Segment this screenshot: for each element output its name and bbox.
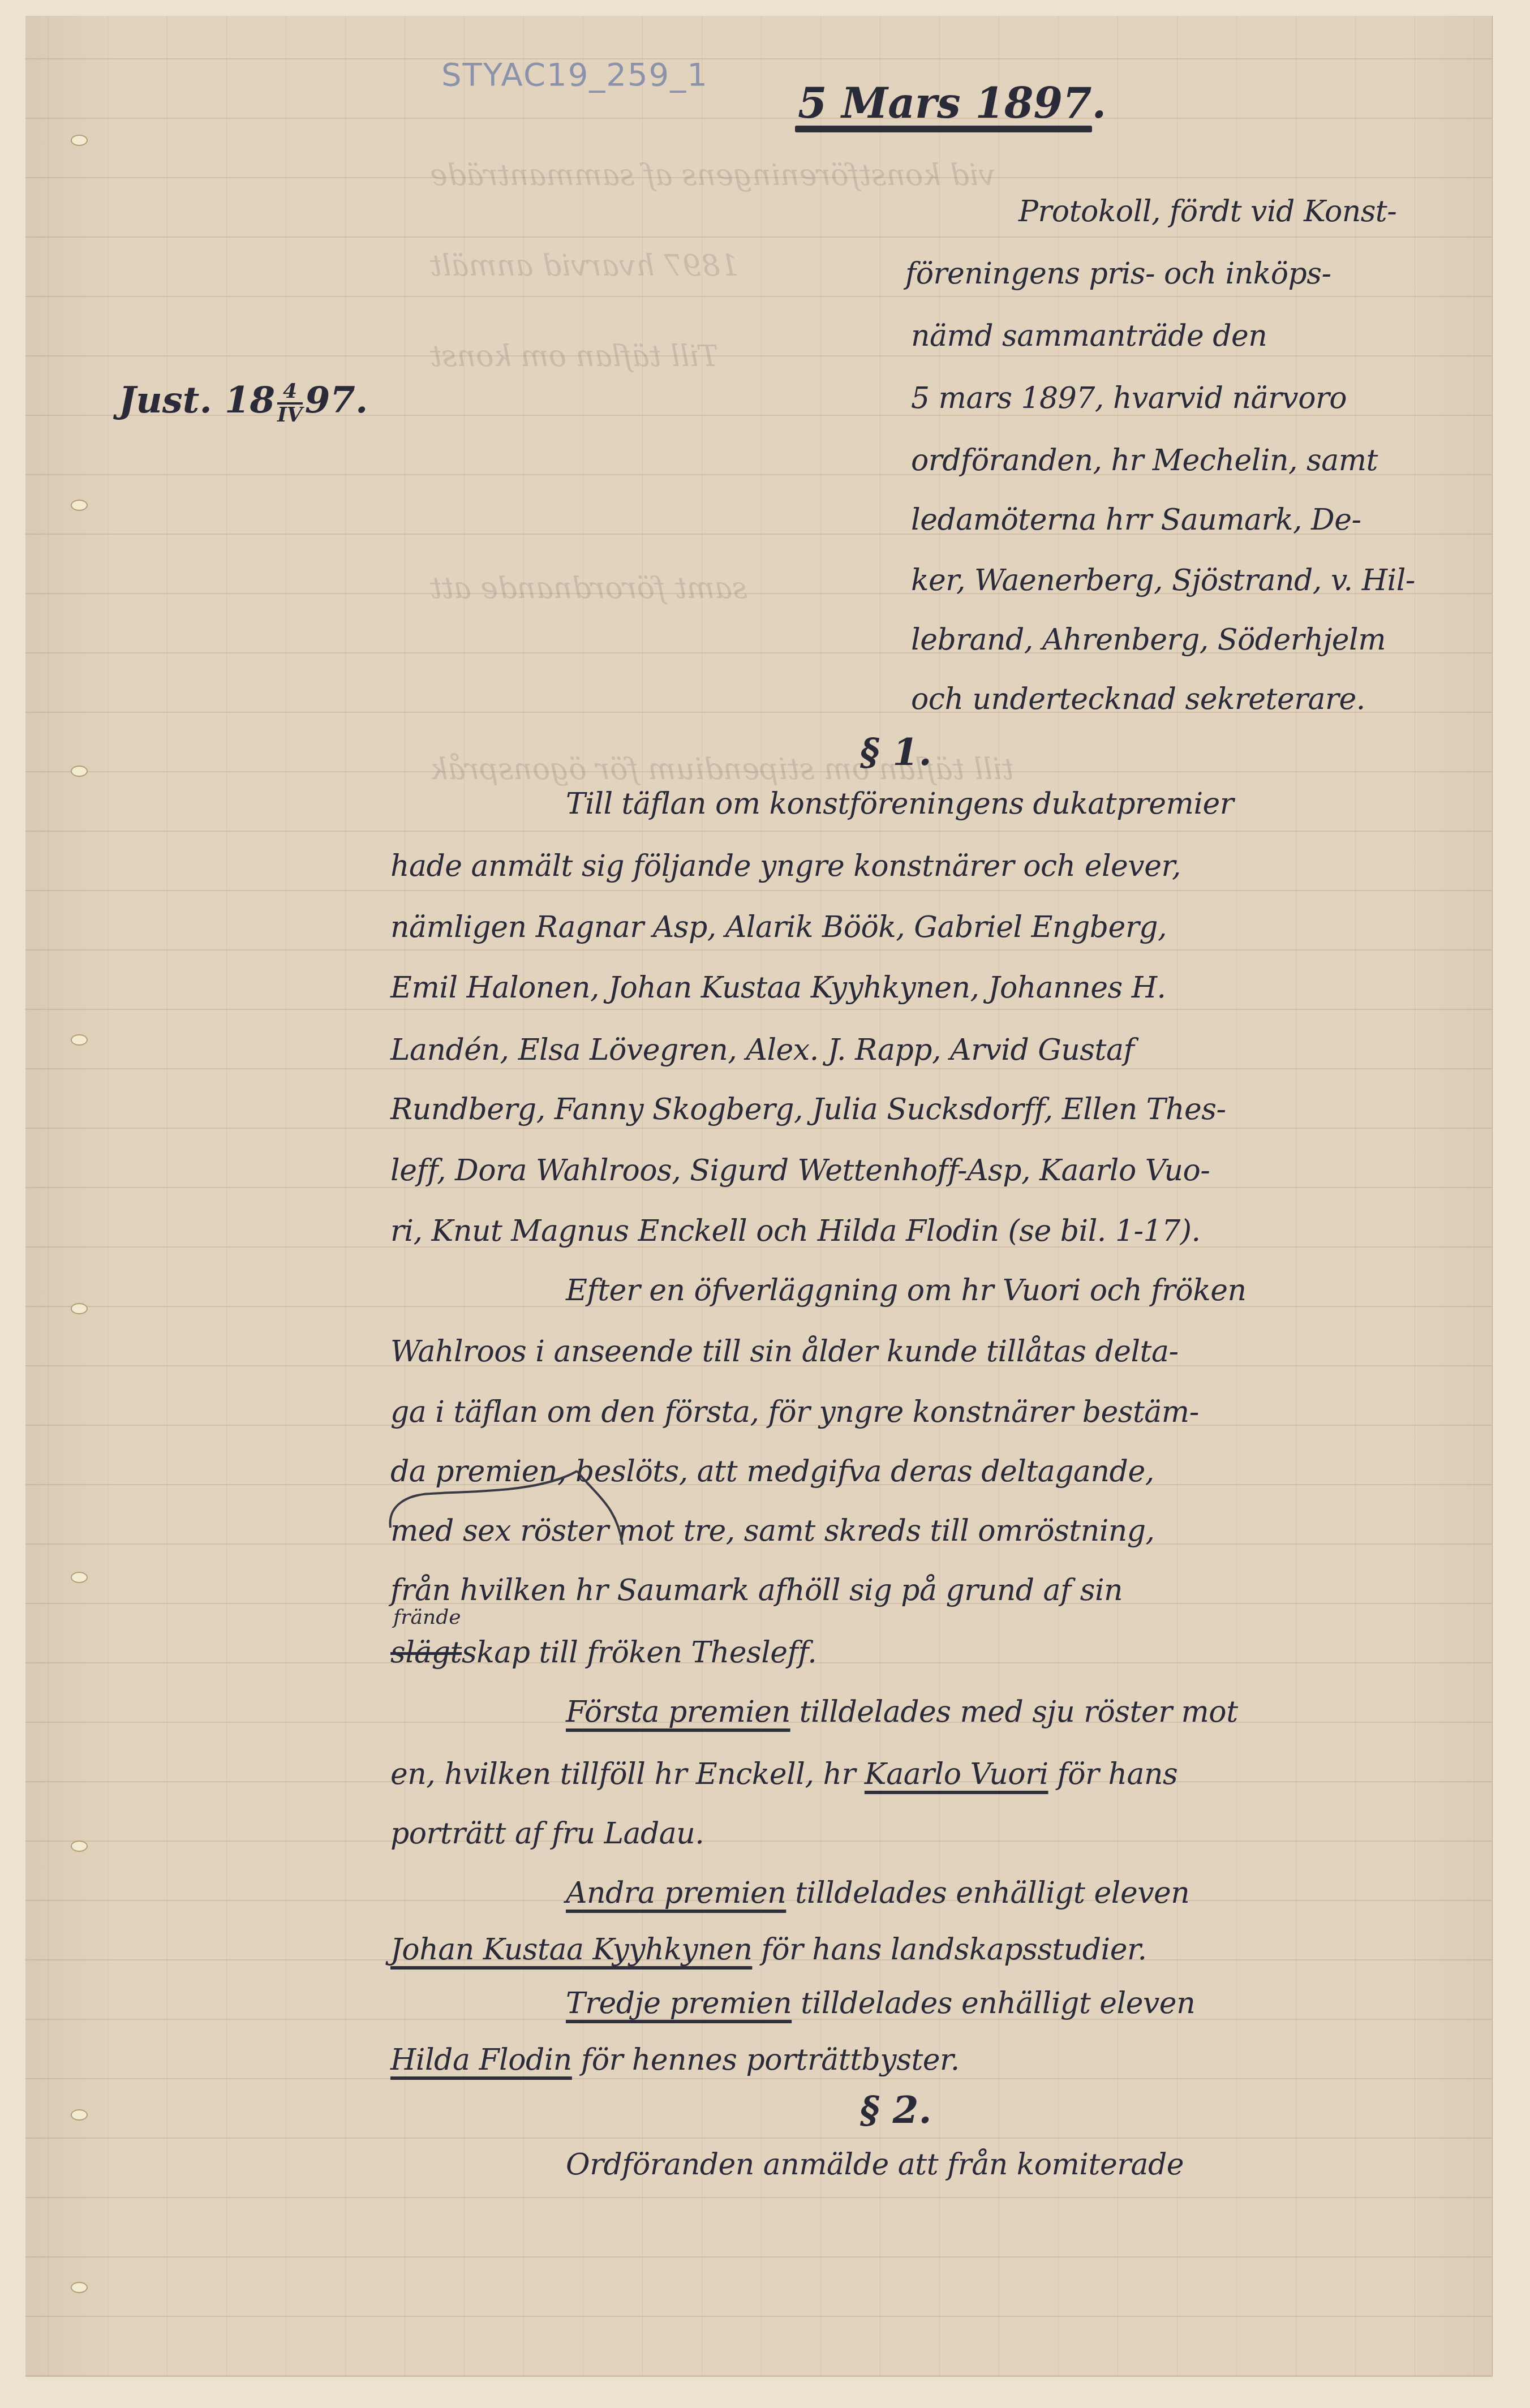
binding-hole bbox=[71, 1841, 88, 1852]
intro-line: 5 mars 1897, hvarvid närvoro bbox=[911, 384, 1347, 413]
third-prize-label: Tredje premien bbox=[566, 1986, 792, 2020]
para2-line: från hvilken hr Saumark afhöll sig på gr… bbox=[390, 1576, 1123, 1605]
third-prize-winner: Hilda Flodin bbox=[390, 2043, 572, 2077]
para1-line: hade anmält sig följande yngre konstnäre… bbox=[390, 852, 1181, 881]
intro-line: föreningens pris- och inköps- bbox=[905, 259, 1331, 289]
first-prize-winner: Kaarlo Vuori bbox=[865, 1757, 1048, 1791]
section-2-line: Ordföranden anmälde att från komiterade bbox=[566, 2150, 1184, 2179]
second-prize-text: för hans landskapsstudier. bbox=[752, 1933, 1146, 1967]
binding-hole bbox=[71, 766, 88, 777]
para1-line: Rundberg, Fanny Skogberg, Julia Sucksdor… bbox=[390, 1095, 1226, 1124]
first-prize-text: för hans bbox=[1048, 1757, 1178, 1791]
binding-hole bbox=[71, 500, 88, 511]
para2-line: Efter en öfverläggning om hr Vuori och f… bbox=[566, 1276, 1246, 1305]
margin-note-prefix: Just. 18 bbox=[119, 379, 275, 422]
para1-line: ri, Knut Magnus Enckell och Hilda Flodin… bbox=[390, 1216, 1201, 1246]
binding-hole bbox=[71, 1572, 88, 1583]
para1-line: leff, Dora Wahlroos, Sigurd Wettenhoff-A… bbox=[390, 1156, 1210, 1185]
margin-note-justified: Just. 184IV97. bbox=[119, 379, 368, 425]
title-underline bbox=[795, 126, 1092, 132]
intro-line: Protokoll, fördt vid Konst- bbox=[1018, 197, 1396, 226]
para2-line: med sex röster mot tre, samt skreds till… bbox=[390, 1516, 1155, 1546]
intro-line: ker, Waenerberg, Sjöstrand, v. Hil- bbox=[911, 566, 1415, 595]
para1-line: nämligen Ragnar Asp, Alarik Böök, Gabrie… bbox=[390, 913, 1167, 942]
para2-line: da premien, beslöts, att medgifva deras … bbox=[390, 1457, 1154, 1486]
binding-hole bbox=[71, 2282, 88, 2293]
para2-line-tail: skap till fröken Thesleff. bbox=[462, 1636, 816, 1670]
second-prize-line: Johan Kustaa Kyyhkynen för hans landskap… bbox=[390, 1935, 1147, 1964]
intro-line: ledamöterna hrr Saumark, De- bbox=[911, 505, 1361, 535]
intro-line: lebrand, Ahrenberg, Söderhjelm bbox=[911, 625, 1386, 655]
third-prize-line: Hilda Flodin för hennes porträttbyster. bbox=[390, 2045, 960, 2075]
archive-stamp: STYAC19_259_1 bbox=[441, 57, 708, 93]
intro-line: och undertecknad sekreterare. bbox=[911, 685, 1365, 714]
first-prize-text: en, hvilken tillföll hr Enckell, hr bbox=[390, 1757, 865, 1791]
frac-denominator: IV bbox=[277, 402, 303, 426]
frac-numerator: 4 bbox=[277, 381, 303, 402]
intro-line: nämd sammanträde den bbox=[911, 321, 1267, 351]
para2-line: Wahlroos i anseende till sin ålder kunde… bbox=[390, 1337, 1179, 1366]
binding-hole bbox=[71, 1303, 88, 1314]
para1-line: Emil Halonen, Johan Kustaa Kyyhkynen, Jo… bbox=[390, 973, 1166, 1003]
first-prize-line: en, hvilken tillföll hr Enckell, hr Kaar… bbox=[390, 1760, 1177, 1789]
intro-line: ordföranden, hr Mechelin, samt bbox=[911, 446, 1378, 475]
margin-note-fraction: 4IV bbox=[277, 381, 303, 426]
binding-hole bbox=[71, 135, 88, 146]
binding-hole bbox=[71, 2109, 88, 2121]
bleed-through-text: 1897 hvarvid anmält bbox=[430, 249, 739, 283]
binding-hole bbox=[71, 1034, 88, 1046]
section-heading-1: § 1. bbox=[860, 730, 931, 774]
second-prize-label: Andra premien bbox=[566, 1876, 786, 1910]
third-prize-text: tilldelades enhälligt eleven bbox=[792, 1986, 1195, 2020]
second-prize-winner: Johan Kustaa Kyyhkynen bbox=[390, 1933, 752, 1967]
second-prize-line: Andra premien tilldelades enhälligt elev… bbox=[566, 1878, 1189, 1908]
first-prize-text: porträtt af fru Ladau. bbox=[390, 1817, 704, 1851]
bleed-through-text: samt förordnande att bbox=[430, 571, 747, 605]
margin-note-suffix: 97. bbox=[305, 379, 368, 422]
second-prize-text: tilldelades enhälligt eleven bbox=[786, 1876, 1189, 1910]
page-title: 5 Mars 1897. bbox=[798, 79, 1106, 128]
third-prize-text: för hennes porträttbyster. bbox=[572, 2043, 960, 2077]
section-heading-2: § 2. bbox=[860, 2088, 931, 2132]
para1-line: Landén, Elsa Lövegren, Alex. J. Rapp, Ar… bbox=[390, 1035, 1134, 1065]
first-prize-text: tilldelades med sju röster mot bbox=[790, 1695, 1238, 1729]
para2-line: ga i täflan om den första, för yngre kon… bbox=[390, 1397, 1199, 1427]
struck-word: slägt bbox=[390, 1636, 462, 1670]
manuscript-page bbox=[25, 16, 1492, 2376]
first-prize-line: porträtt af fru Ladau. bbox=[390, 1819, 704, 1848]
bleed-through-text: vid konstföreningens af sammanträde bbox=[430, 158, 995, 192]
third-prize-line: Tredje premien tilldelades enhälligt ele… bbox=[566, 1989, 1195, 2018]
para2-line-last: slägtskap till fröken Thesleff. bbox=[390, 1638, 816, 1667]
first-prize-label: Första premien bbox=[566, 1695, 790, 1729]
bleed-through-text: Till täflan om konst bbox=[430, 339, 719, 373]
para1-line: Till täflan om konstföreningens dukatpre… bbox=[566, 789, 1234, 819]
inserted-word: frände bbox=[393, 1606, 461, 1629]
first-prize-line: Första premien tilldelades med sju röste… bbox=[566, 1697, 1238, 1727]
